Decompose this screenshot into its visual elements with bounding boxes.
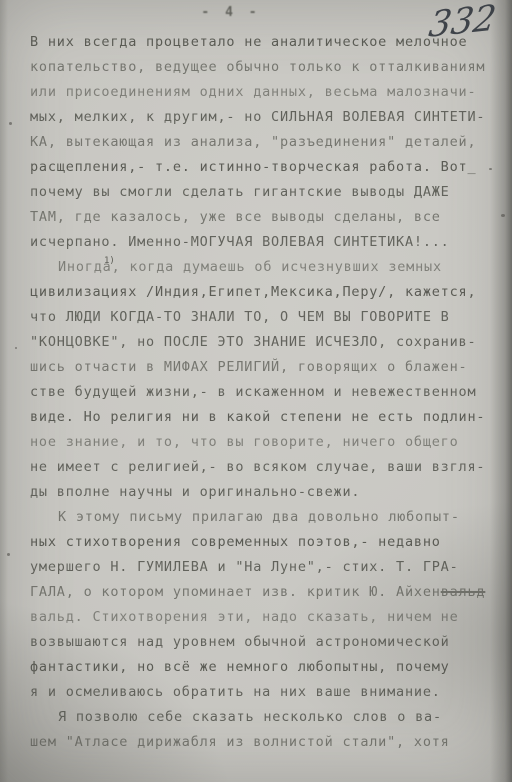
line-text: расщепления,- т.е. истинно-творческая ра…: [30, 159, 476, 175]
line-text: или присоединениям одних данных, весьма …: [30, 84, 476, 100]
text-line: стве будущей жизни,- в искаженном и неве…: [30, 380, 496, 405]
text-line: почему вы смогли сделать гигантские выво…: [30, 180, 496, 205]
line-text: КА, вытекающая из анализа, "разъединения…: [30, 134, 476, 150]
typewritten-text-block: В них всегда процветало не аналитическое…: [30, 30, 496, 755]
text-line: что ЛЮДИ КОГДА-ТО ЗНАЛИ ТО, О ЧЕМ ВЫ ГОВ…: [30, 305, 496, 330]
text-line: ГАЛА, о котором упоминает изв. критик Ю.…: [30, 580, 496, 605]
text-line: не имеет с религией,- во всяком случае, …: [30, 455, 496, 480]
line-text: исчерпано. Именно-МОГУЧАЯ ВОЛЕВАЯ СИНТЕТ…: [30, 234, 450, 250]
scan-speck: [9, 122, 12, 125]
line-text: что ЛЮДИ КОГДА-ТО ЗНАЛИ ТО, О ЧЕМ ВЫ ГОВ…: [30, 309, 450, 325]
scan-speck: [15, 347, 17, 349]
text-line: ное знание, и то, что вы говорите, ничег…: [30, 430, 496, 455]
text-line: исчерпано. Именно-МОГУЧАЯ ВОЛЕВАЯ СИНТЕТ…: [30, 230, 496, 255]
text-line: В них всегда процветало не аналитическое…: [30, 30, 496, 55]
line-text: Я позволю себе сказать несколько слов о …: [58, 709, 442, 725]
text-line: или присоединениям одних данных, весьма …: [30, 80, 496, 105]
text-line: "КОНЦОВКЕ", но ПОСЛЕ ЭТО ЗНАНИЕ ИСЧЕЗЛО,…: [30, 330, 496, 355]
line-text: В них всегда процветало не аналитическое…: [30, 34, 467, 50]
line-text: стве будущей жизни,- в искаженном и неве…: [30, 384, 476, 400]
text-line: ных стихотворения современных поэтов,- н…: [30, 530, 496, 555]
text-line: возвышаются над уровнем обычной астроном…: [30, 630, 496, 655]
line-text: шись отчасти в МИФАХ РЕЛИГИЙ, говорящих …: [30, 359, 467, 375]
line-text: ТАМ, где казалось, уже все выводы сделан…: [30, 209, 441, 225]
text-line: фантастики, но всё же немного любопытны,…: [30, 655, 496, 680]
line-text: ных стихотворения современных поэтов,- н…: [30, 534, 441, 550]
line-text: ГАЛА, о котором упоминает изв. критик Ю.…: [30, 584, 441, 600]
text-line: шись отчасти в МИФАХ РЕЛИГИЙ, говорящих …: [30, 355, 496, 380]
text-line: ды вполне научны и оригинально-свежи.: [30, 480, 496, 505]
line-text: вальд. Стихотворения эти, надо сказать, …: [30, 609, 459, 625]
line-text: я и осмеливаюсь обратить на них ваше вни…: [30, 684, 441, 700]
line-text: ное знание, и то, что вы говорите, ничег…: [30, 434, 459, 450]
text-line: я и осмеливаюсь обратить на них ваше вни…: [30, 680, 496, 705]
line-text: мых, мелких, к другим,- но СИЛЬНАЯ ВОЛЕВ…: [30, 109, 485, 125]
scanned-letter-page: - 4 - 332 1) В них всегда процветало не …: [0, 0, 512, 782]
line-text: Иногда, когда думаешь об исчезнувших зем…: [58, 259, 442, 275]
text-line: расщепления,- т.е. истинно-творческая ра…: [30, 155, 496, 180]
line-text: возвышаются над уровнем обычной астроном…: [30, 634, 450, 650]
text-line: виде. Но религия ни в какой степени не е…: [30, 405, 496, 430]
text-line: вальд. Стихотворения эти, надо сказать, …: [30, 605, 496, 630]
line-text: не имеет с религией,- во всяком случае, …: [30, 459, 485, 475]
typed-page-marker: - 4 -: [183, 5, 279, 20]
line-text: "КОНЦОВКЕ", но ПОСЛЕ ЭТО ЗНАНИЕ ИСЧЕЗЛО,…: [30, 334, 476, 350]
text-line: цивилизациях /Индия,Египет,Мексика,Перу/…: [30, 280, 496, 305]
text-line: Иногда, когда думаешь об исчезнувших зем…: [30, 255, 496, 280]
line-text: виде. Но религия ни в какой степени не е…: [30, 409, 485, 425]
text-line: мых, мелких, к другим,- но СИЛЬНАЯ ВОЛЕВ…: [30, 105, 496, 130]
struck-out-text: вальд: [441, 584, 486, 600]
line-text: ды вполне научны и оригинально-свежи.: [30, 484, 360, 500]
line-text: К этому письму прилагаю два довольно люб…: [58, 509, 460, 525]
scan-speck: [7, 553, 10, 556]
text-line: К этому письму прилагаю два довольно люб…: [30, 505, 496, 530]
text-line: копательство, ведущее обычно только к от…: [30, 55, 496, 80]
text-line: КА, вытекающая из анализа, "разъединения…: [30, 130, 496, 155]
line-text: умершего Н. ГУМИЛЕВА и "На Луне",- стих.…: [30, 559, 459, 575]
line-text: фантастики, но всё же немного любопытны,…: [30, 659, 450, 675]
line-text: копательство, ведущее обычно только к от…: [30, 59, 485, 75]
line-text: шем "Атласе дирижабля из волнистой стали…: [30, 734, 450, 750]
line-text: почему вы смогли сделать гигантские выво…: [30, 184, 450, 200]
text-line: умершего Н. ГУМИЛЕВА и "На Луне",- стих.…: [30, 555, 496, 580]
scan-speck: [489, 168, 492, 170]
scan-speck: [501, 214, 505, 217]
text-line: шем "Атласе дирижабля из волнистой стали…: [30, 730, 496, 755]
text-line: ТАМ, где казалось, уже все выводы сделан…: [30, 205, 496, 230]
text-line: Я позволю себе сказать несколько слов о …: [30, 705, 496, 730]
line-text: цивилизациях /Индия,Египет,Мексика,Перу/…: [30, 284, 476, 300]
